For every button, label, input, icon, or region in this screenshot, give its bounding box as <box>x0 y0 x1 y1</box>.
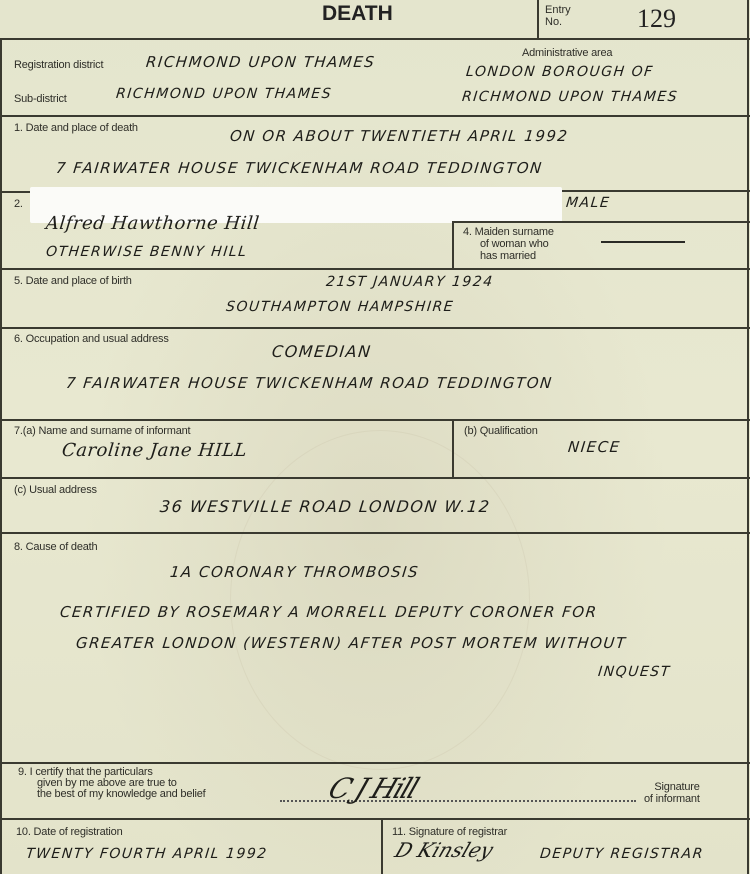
certificate-paper: DEATH Entry No. 129 Registration distric… <box>0 0 750 874</box>
subdistrict-value: Richmond upon Thames <box>115 86 333 102</box>
informant-qualification: Niece <box>567 438 621 456</box>
cause-line1: 1a Coronary Thrombosis <box>169 563 420 581</box>
subdistrict-label: Sub-district <box>14 93 67 105</box>
field4-label-line2: of woman who <box>463 238 554 250</box>
right-border <box>747 0 749 874</box>
divider <box>0 115 750 117</box>
field9-label: 9. I certify that the particulars given … <box>18 767 206 800</box>
entry-number: 129 <box>637 4 676 34</box>
registration-district-value: Richmond upon Thames <box>145 53 376 71</box>
admin-area-label: Administrative area <box>522 47 612 59</box>
divider <box>452 221 454 269</box>
maiden-name-blank <box>601 241 685 243</box>
usual-address: 7 Fairwater House Twickenham Road Teddin… <box>65 374 554 392</box>
divider <box>0 38 750 40</box>
admin-area-line1: London Borough of <box>465 64 654 80</box>
field5-label: 5. Date and place of birth <box>14 275 132 287</box>
field7b-label: (b) Qualification <box>464 425 538 437</box>
certificate-title: DEATH <box>322 2 393 26</box>
death-place: 7 Fairwater House Twickenham Road Teddin… <box>55 159 544 177</box>
sig-label-line1: Signature <box>644 781 700 793</box>
field11-label: 11. Signature of registrar <box>392 826 507 838</box>
divider <box>0 477 750 479</box>
divider <box>0 327 750 329</box>
cause-line2: Certified by Rosemary A Morrell Deputy C… <box>59 603 598 621</box>
birth-place: Southampton Hampshire <box>225 299 455 315</box>
informant-signature: C J Hill <box>324 772 422 805</box>
divider <box>0 268 750 270</box>
field4-label-line3: has married <box>463 250 554 262</box>
field6-label: 6. Occupation and usual address <box>14 333 169 345</box>
cause-line4: inquest <box>597 664 671 680</box>
entry-label-line2: No. <box>545 16 571 28</box>
divider <box>562 190 750 192</box>
watermark-crest <box>230 430 530 770</box>
death-date: On or about twentieth April 1992 <box>229 127 569 145</box>
divider <box>452 419 454 478</box>
left-border <box>0 38 2 874</box>
divider <box>0 532 750 534</box>
deceased-alias: otherwise Benny Hill <box>45 244 248 260</box>
divider <box>537 0 539 40</box>
registrar-title: Deputy Registrar <box>539 846 705 862</box>
field9-label-line3: the best of my knowledge and belief <box>18 789 206 800</box>
field4-label: 4. Maiden surname of woman who has marri… <box>463 226 554 262</box>
field10-label: 10. Date of registration <box>16 826 122 838</box>
informant-address: 36 Westville Road London W.12 <box>159 497 491 516</box>
entry-label-line1: Entry <box>545 4 571 16</box>
field7c-label: (c) Usual address <box>14 484 97 496</box>
registration-date: Twenty fourth April 1992 <box>25 846 268 862</box>
field8-label: 8. Cause of death <box>14 541 97 553</box>
sex-value: Male <box>565 195 611 211</box>
occupation: Comedian <box>271 342 373 361</box>
divider <box>0 419 750 421</box>
registration-district-label: Registration district <box>14 59 103 71</box>
registrar-signature: D Kinsley <box>392 838 497 862</box>
birth-date: 21st January 1924 <box>325 274 494 290</box>
field4-label-line1: 4. Maiden surname <box>463 226 554 238</box>
cause-line3: Greater London (Western) after post mort… <box>75 634 627 652</box>
field2-label: 2. <box>14 198 23 210</box>
divider <box>452 221 750 223</box>
field1-label: 1. Date and place of death <box>14 122 138 134</box>
admin-area-line2: Richmond upon Thames <box>461 89 679 105</box>
divider <box>0 762 750 764</box>
informant-name: Caroline Jane HILL <box>61 440 248 461</box>
deceased-name: Alfred Hawthorne Hill <box>45 213 261 234</box>
entry-label: Entry No. <box>545 4 571 28</box>
field7a-label: 7.(a) Name and surname of informant <box>14 425 190 437</box>
signature-of-informant-label: Signature of informant <box>644 781 700 805</box>
divider <box>0 191 30 193</box>
sig-label-line2: of informant <box>644 793 700 805</box>
divider <box>0 818 750 820</box>
divider <box>381 818 383 874</box>
